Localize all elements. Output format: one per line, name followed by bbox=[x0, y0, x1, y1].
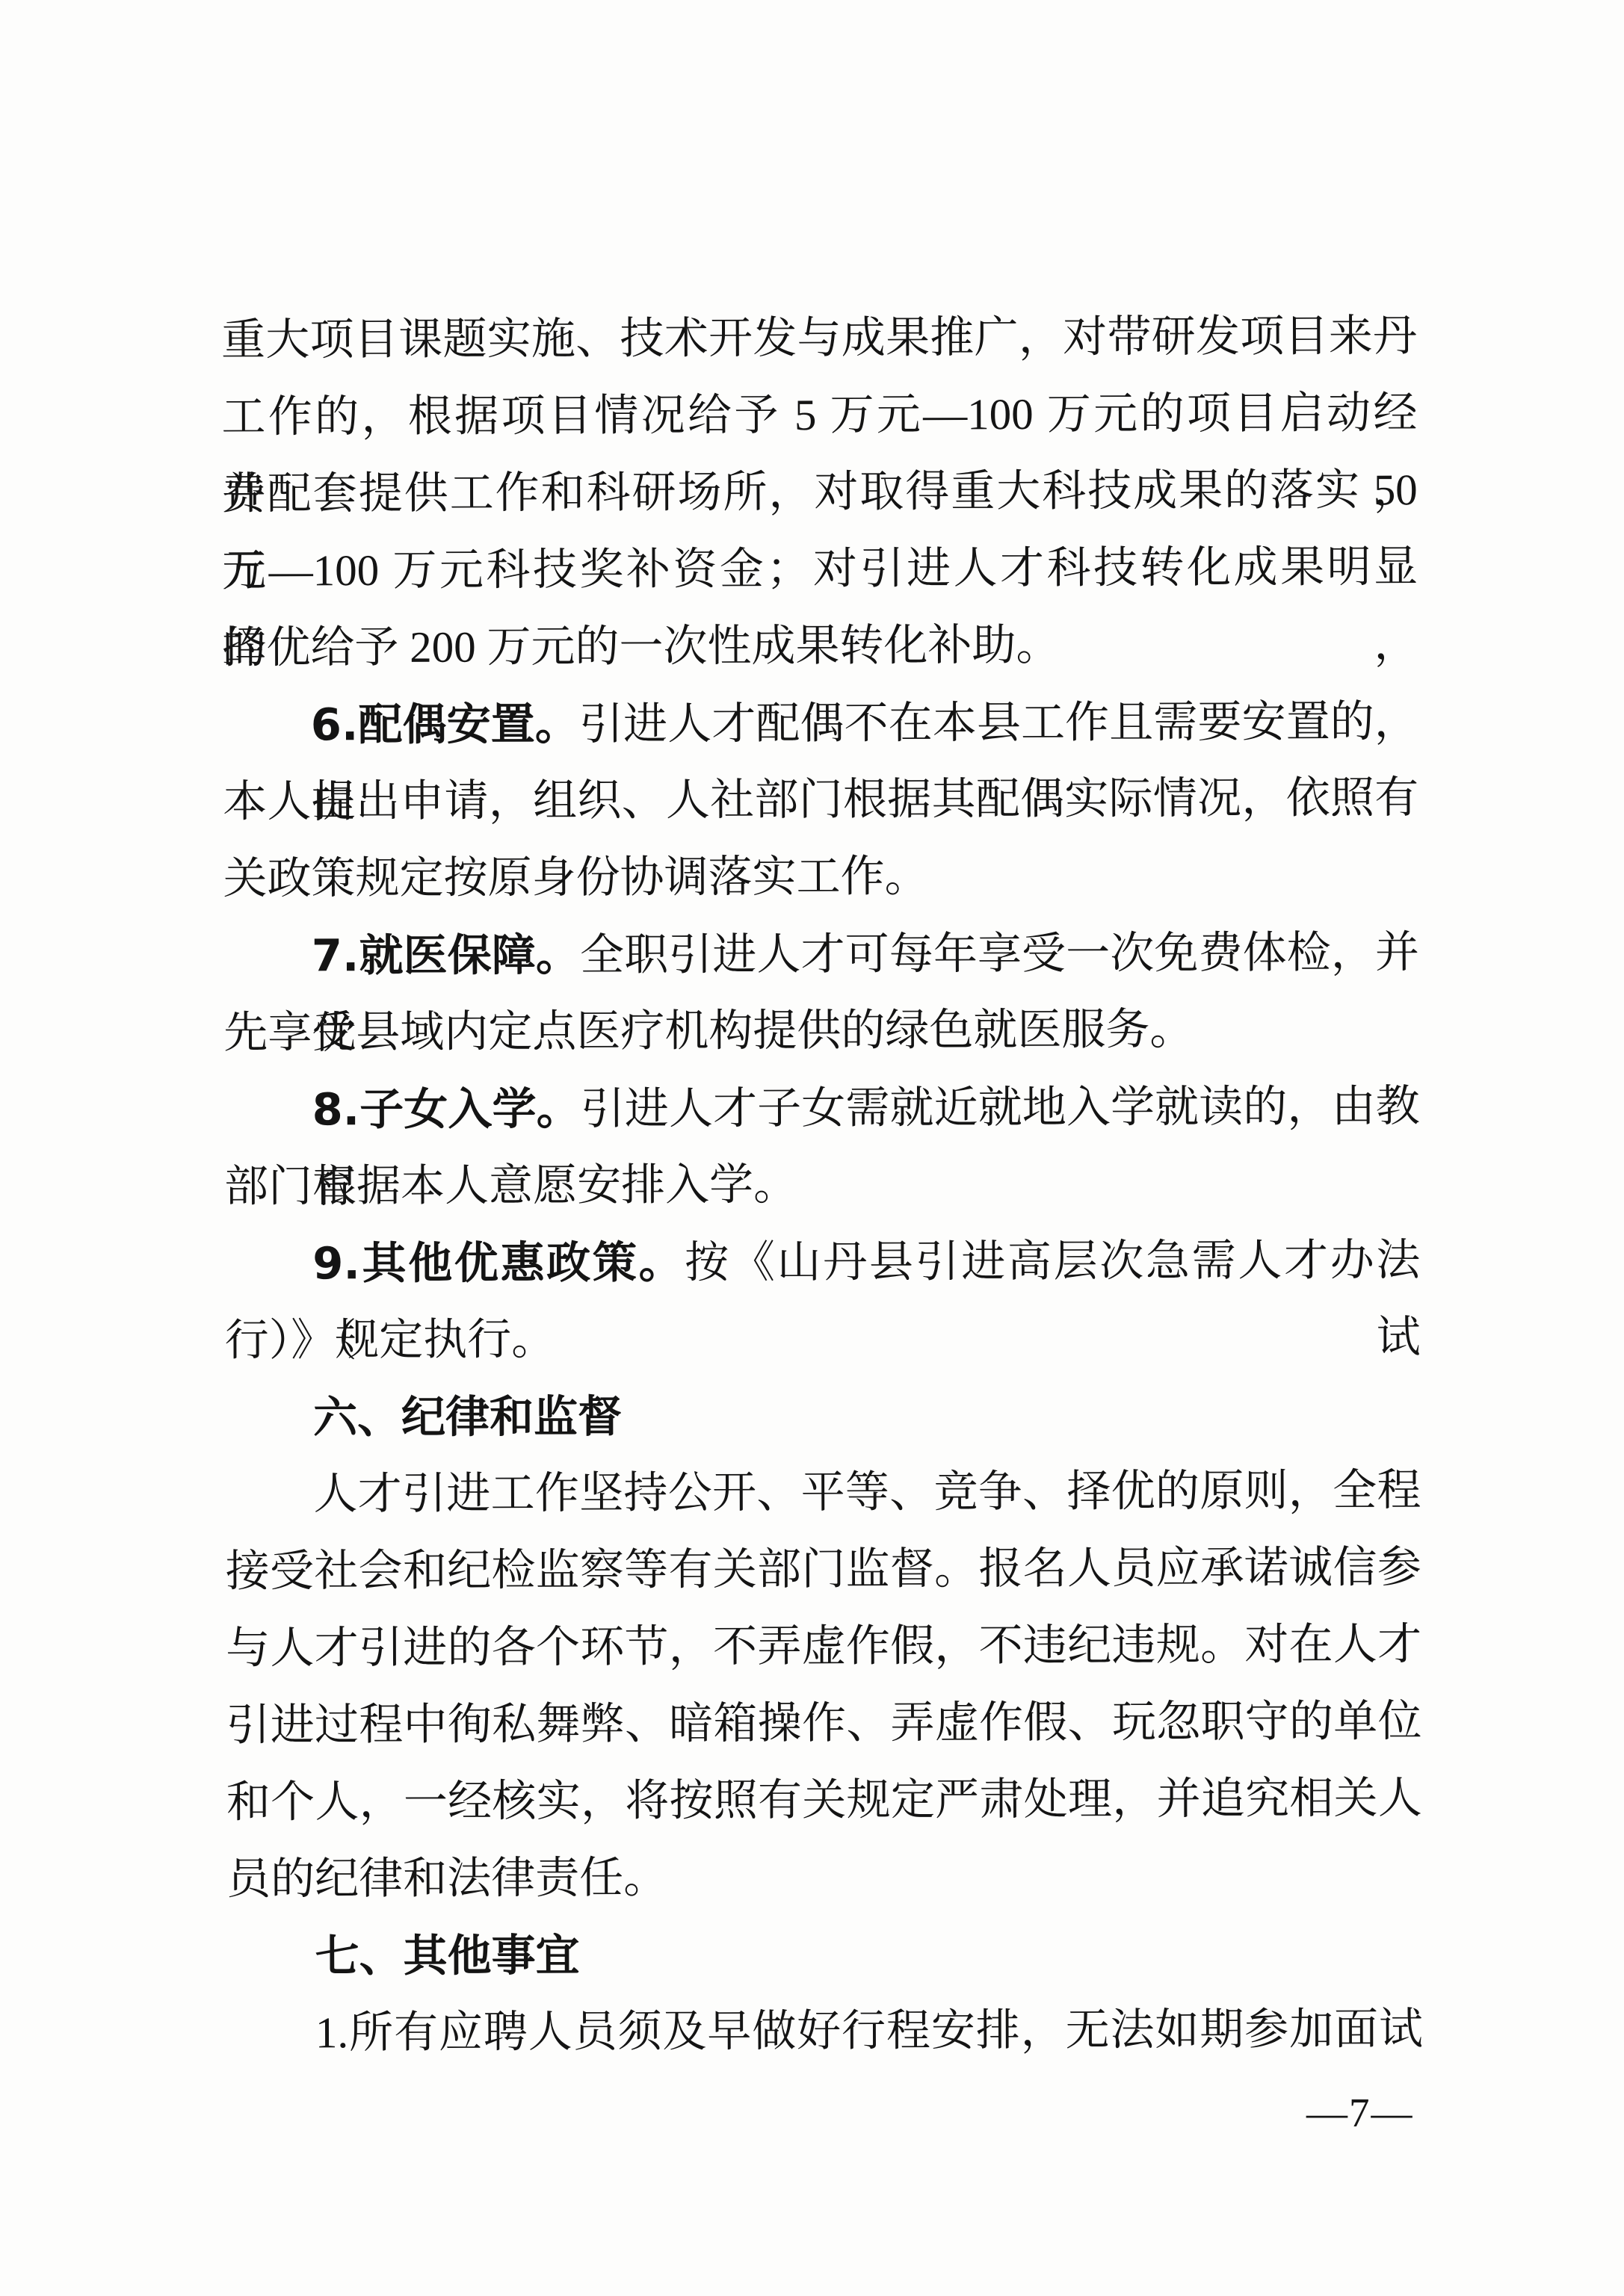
heading-text: 六、纪律和监督 bbox=[313, 1390, 622, 1443]
body-line: 8.子女入学。引进人才子女需就近就地入学就读的，由教育 bbox=[223, 1067, 1419, 1148]
line-text: 行）》规定执行。 bbox=[225, 1314, 556, 1365]
body-line: 引进过程中徇私舞弊、暗箱操作、弄虚作假、玩忽职守的单位 bbox=[226, 1683, 1421, 1764]
body-line: 重大项目课题实施、技术开发与成果推广，对带研发项目来丹 bbox=[221, 297, 1417, 379]
body-line: 6.配偶安置。引进人才配偶不在本县工作且需要安置的，由 bbox=[223, 682, 1418, 764]
body-line: 本人提出申请，组织、人社部门根据其配偶实际情况，依照有 bbox=[223, 759, 1418, 841]
line-text: 和个人，一经核实，将按照有关规定严肃处理，并追究相关人 bbox=[226, 1773, 1422, 1827]
paragraph-label: 7.就医保障。 bbox=[312, 929, 580, 981]
line-text: 1.所有应聘人员须及早做好行程安排，无法如期参加面试 bbox=[315, 2004, 1423, 2057]
paragraph-label: 6.配偶安置。 bbox=[311, 698, 579, 750]
paragraph-label: 9.其他优惠政策。 bbox=[312, 1237, 685, 1290]
body-line: 关政策规定按原身份协调落实工作。 bbox=[223, 836, 1418, 918]
body-line: 7.就医保障。全职引进人才可每年享受一次免费体检，并优 bbox=[223, 913, 1419, 994]
body-line: 部门根据本人意愿安排入学。 bbox=[224, 1144, 1420, 1225]
line-text: 关政策规定按原身份协调落实工作。 bbox=[223, 852, 928, 903]
line-text: 重大项目课题实施、技术开发与成果推广，对带研发项目来丹 bbox=[221, 311, 1417, 365]
body-line: 员的纪律和法律责任。 bbox=[226, 1837, 1422, 1918]
line-text: 与人才引进的各个环节，不弄虚作假，不违纪违规。对在人才 bbox=[226, 1619, 1421, 1673]
paragraph-label: 8.子女入学。 bbox=[312, 1083, 581, 1135]
document-page: 重大项目课题实施、技术开发与成果推广，对带研发项目来丹 工作的，根据项目情况给予… bbox=[0, 0, 1624, 2296]
heading-text: 七、其他事宜 bbox=[315, 1929, 579, 1981]
body-line: 9.其他优惠政策。按《山丹县引进高层次急需人才办法（试 bbox=[224, 1221, 1420, 1302]
section-heading: 六、纪律和监督 bbox=[225, 1375, 1421, 1456]
body-line: 元—100 万元科技奖补资金；对引进人才科技转化成果明显的， bbox=[222, 528, 1418, 610]
line-text: 先享受县域内定点医疗机构提供的绿色就医服务。 bbox=[223, 1004, 1194, 1057]
body-line: 并配套提供工作和科研场所，对取得重大科技成果的落实 50 万 bbox=[222, 451, 1418, 533]
line-text: 引进过程中徇私舞弊、暗箱操作、弄虚作假、玩忽职守的单位 bbox=[226, 1696, 1421, 1750]
body-line: 和个人，一经核实，将按照有关规定严肃处理，并追究相关人 bbox=[226, 1760, 1422, 1841]
section-heading: 七、其他事宜 bbox=[226, 1913, 1422, 1995]
body-line: 人才引进工作坚持公开、平等、竞争、择优的原则，全程 bbox=[225, 1452, 1421, 1533]
body-line: 接受社会和纪检监察等有关部门监督。报名人员应承诺诚信参 bbox=[226, 1529, 1421, 1610]
line-text: 员的纪律和法律责任。 bbox=[226, 1853, 667, 1904]
body-line: 1.所有应聘人员须及早做好行程安排，无法如期参加面试 bbox=[227, 1990, 1423, 2072]
line-text: 部门根据本人意愿安排入学。 bbox=[224, 1160, 797, 1211]
document-body: 重大项目课题实施、技术开发与成果推广，对带研发项目来丹 工作的，根据项目情况给予… bbox=[221, 297, 1423, 2072]
line-text: 择优给予 200 万元的一次性成果转化补助。 bbox=[222, 620, 1060, 672]
line-text: 接受社会和纪检监察等有关部门监督。报名人员应承诺诚信参 bbox=[226, 1542, 1421, 1596]
body-line: 先享受县域内定点医疗机构提供的绿色就医服务。 bbox=[223, 990, 1419, 1071]
page-number: —7— bbox=[1306, 2087, 1414, 2139]
body-line: 工作的，根据项目情况给予 5 万元—100 万元的项目启动经费， bbox=[221, 374, 1417, 456]
body-line: 与人才引进的各个环节，不弄虚作假，不违纪违规。对在人才 bbox=[226, 1606, 1421, 1687]
line-text: 人才引进工作坚持公开、平等、竞争、择优的原则，全程 bbox=[313, 1465, 1421, 1518]
line-text: 本人提出申请，组织、人社部门根据其配偶实际情况，依照有 bbox=[223, 773, 1418, 826]
